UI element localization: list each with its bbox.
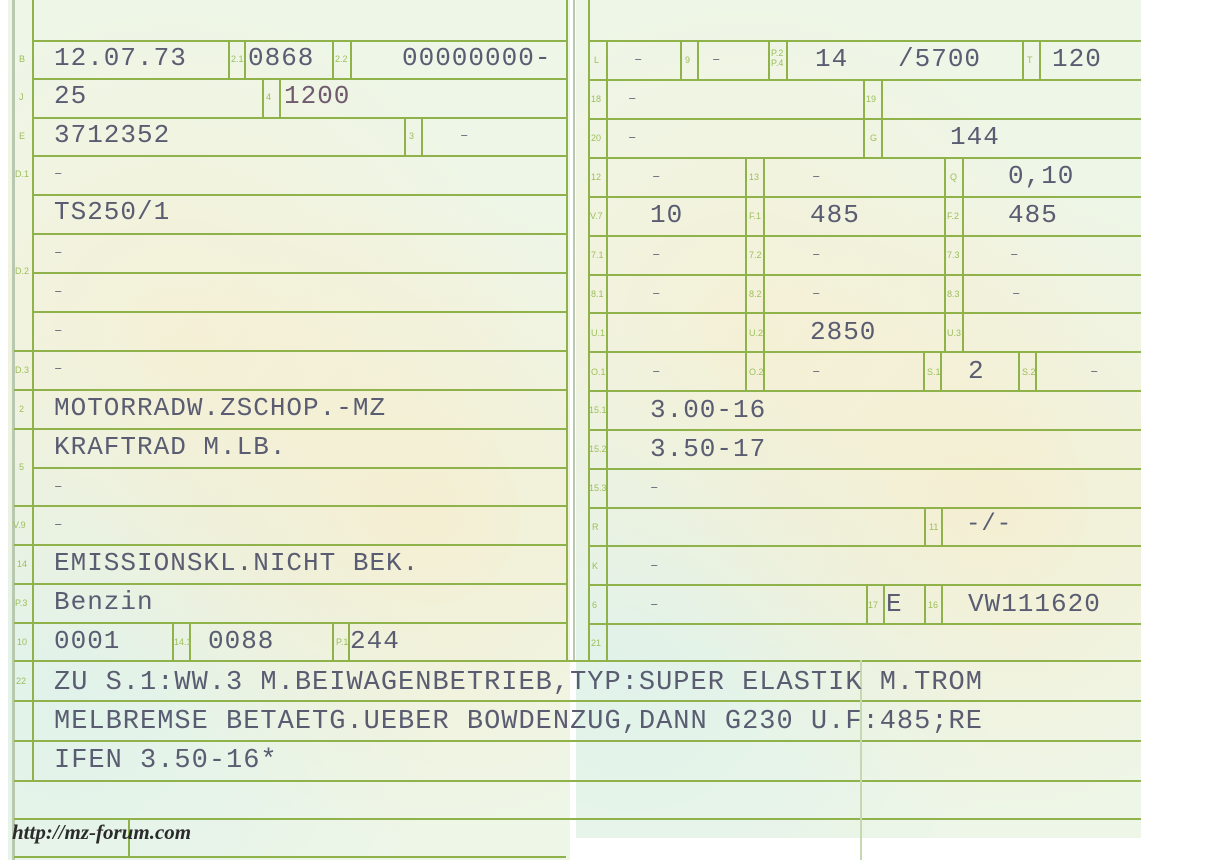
field-p1-value: 244 (350, 626, 400, 656)
field-12-value: – (652, 170, 660, 184)
field-p2-p4-value: 14 /5700 (815, 44, 981, 74)
field-d1-value: – (54, 167, 62, 181)
field-j-value: 25 (54, 81, 87, 111)
label-b: B (19, 54, 25, 64)
label-19: 19 (866, 94, 876, 104)
field-20-value: – (628, 131, 636, 145)
remarks-line-2: MELBREMSE BETAETG.UEBER BOWDENZUG,DANN G… (54, 707, 983, 737)
field-d2-line-3: – (54, 285, 62, 299)
field-15-2-value: 3.50-17 (650, 434, 766, 464)
field-b-value: 12.07.73 (54, 43, 187, 73)
field-v7-value: 10 (650, 200, 683, 230)
label-10: 10 (17, 637, 27, 647)
field-8-2-value: – (812, 287, 820, 301)
label-s1: S.1 (927, 367, 941, 377)
label-5: 5 (19, 462, 24, 472)
field-e-value: 3712352 (54, 120, 170, 150)
label-p2-p4: P.2 P.4 (771, 48, 783, 68)
field-d2-line-1: TS250/1 (54, 197, 170, 227)
label-15-3: 15.3 (589, 483, 607, 493)
field-2-2-value: 00000000- (402, 43, 551, 73)
label-12: 12 (591, 172, 601, 182)
label-f1: F.1 (749, 211, 761, 221)
label-8-1: 8.1 (591, 289, 604, 299)
label-s2: S.2 (1022, 367, 1036, 377)
label-r: R (592, 522, 599, 532)
field-16-value: VW111620 (968, 589, 1101, 619)
field-3-value: – (460, 129, 468, 143)
field-l-value: – (634, 53, 642, 67)
label-d2: D.2 (15, 266, 29, 276)
label-j: J (19, 92, 24, 102)
label-d1: D.1 (15, 169, 29, 179)
label-7-3: 7.3 (947, 250, 960, 260)
field-2-1-value: 0868 (248, 43, 314, 73)
field-f1-value: 485 (810, 200, 860, 230)
label-4: 4 (266, 92, 271, 102)
field-10-value: 0001 (54, 626, 120, 656)
label-11: 11 (929, 522, 938, 532)
field-t-value: 120 (1052, 44, 1102, 74)
label-14: 14 (17, 559, 27, 569)
label-g: G (870, 133, 877, 143)
field-s1-value: 2 (968, 356, 985, 386)
field-13-value: – (812, 170, 820, 184)
label-u2: U.2 (749, 328, 763, 338)
field-8-1-value: – (652, 287, 660, 301)
field-o2-value: – (812, 365, 820, 379)
label-22: 22 (16, 676, 26, 686)
field-o1-value: – (652, 365, 660, 379)
label-t: T (1027, 55, 1033, 65)
field-9-value: – (712, 53, 720, 67)
label-q: Q (950, 172, 957, 182)
field-g-value: 144 (950, 122, 1000, 152)
field-6-value: – (650, 598, 658, 612)
label-17: 17 (868, 600, 878, 610)
label-21: 21 (591, 638, 601, 648)
field-v9-value: – (54, 518, 62, 532)
field-f2-value: 485 (1008, 200, 1058, 230)
field-d2-line-4: – (54, 324, 62, 338)
label-l: L (594, 55, 599, 65)
label-15-1: 15.1 (589, 405, 607, 415)
field-7-2-value: – (812, 248, 820, 262)
field-u2-value: 2850 (810, 317, 876, 347)
label-8-3: 8.3 (947, 289, 960, 299)
field-5-line-2: – (54, 480, 62, 494)
field-7-3-value: – (1010, 248, 1018, 262)
field-k-value: – (650, 559, 658, 573)
field-14-1-value: 0088 (208, 626, 274, 656)
remarks-line-1: ZU S.1:WW.3 M.BEIWAGENBETRIEB,TYP:SUPER … (54, 668, 983, 698)
field-15-1-value: 3.00-16 (650, 395, 766, 425)
label-14-1: 14.1 (174, 637, 192, 647)
watermark-link[interactable]: http://mz-forum.com (12, 820, 191, 845)
label-e: E (19, 131, 25, 141)
field-14-value: EMISSIONSKL.NICHT BEK. (54, 548, 419, 578)
field-15-3-value: – (650, 481, 658, 495)
label-o2: O.2 (749, 367, 764, 377)
label-7-2: 7.2 (749, 250, 762, 260)
label-f2: F.2 (947, 211, 959, 221)
label-k: K (592, 561, 598, 571)
label-d3: D.3 (15, 365, 29, 375)
label-9: 9 (685, 55, 690, 65)
field-2-value: MOTORRADW.ZSCHOP.-MZ (54, 393, 386, 423)
label-2-1: 2.1 (231, 54, 244, 64)
label-2-2: 2.2 (335, 54, 348, 64)
label-p3: P.3 (15, 598, 27, 608)
label-7-1: 7.1 (591, 250, 604, 260)
field-18-value: – (628, 92, 636, 106)
label-8-2: 8.2 (749, 289, 762, 299)
label-2: 2 (19, 404, 24, 414)
label-15-2: 15.2 (589, 444, 607, 454)
label-3: 3 (409, 131, 414, 141)
label-p1: P.1 (336, 637, 348, 647)
label-16: 16 (928, 600, 938, 610)
field-4-value: 1200 (284, 81, 350, 111)
field-17-value: E (886, 589, 903, 619)
label-6: 6 (592, 600, 597, 610)
field-d2-line-2: – (54, 246, 62, 260)
label-18: 18 (591, 94, 601, 104)
field-p3-value: Benzin (54, 587, 154, 617)
field-11-value: -/- (966, 510, 1012, 540)
label-o1: O.1 (591, 367, 606, 377)
field-s2-value: – (1090, 365, 1098, 379)
field-5-line-1: KRAFTRAD M.LB. (54, 432, 286, 462)
label-u3: U.3 (947, 328, 961, 338)
field-d3-value: – (54, 362, 62, 376)
field-q-value: 0,10 (1008, 161, 1074, 191)
label-20: 20 (591, 133, 601, 143)
label-u1: U.1 (591, 328, 605, 338)
label-v7: V.7 (590, 211, 603, 221)
label-v9: V.9 (13, 520, 26, 530)
label-13: 13 (749, 172, 759, 182)
remarks-line-3: IFEN 3.50-16* (54, 746, 278, 776)
field-7-1-value: – (652, 248, 660, 262)
field-8-3-value: – (1012, 287, 1020, 301)
